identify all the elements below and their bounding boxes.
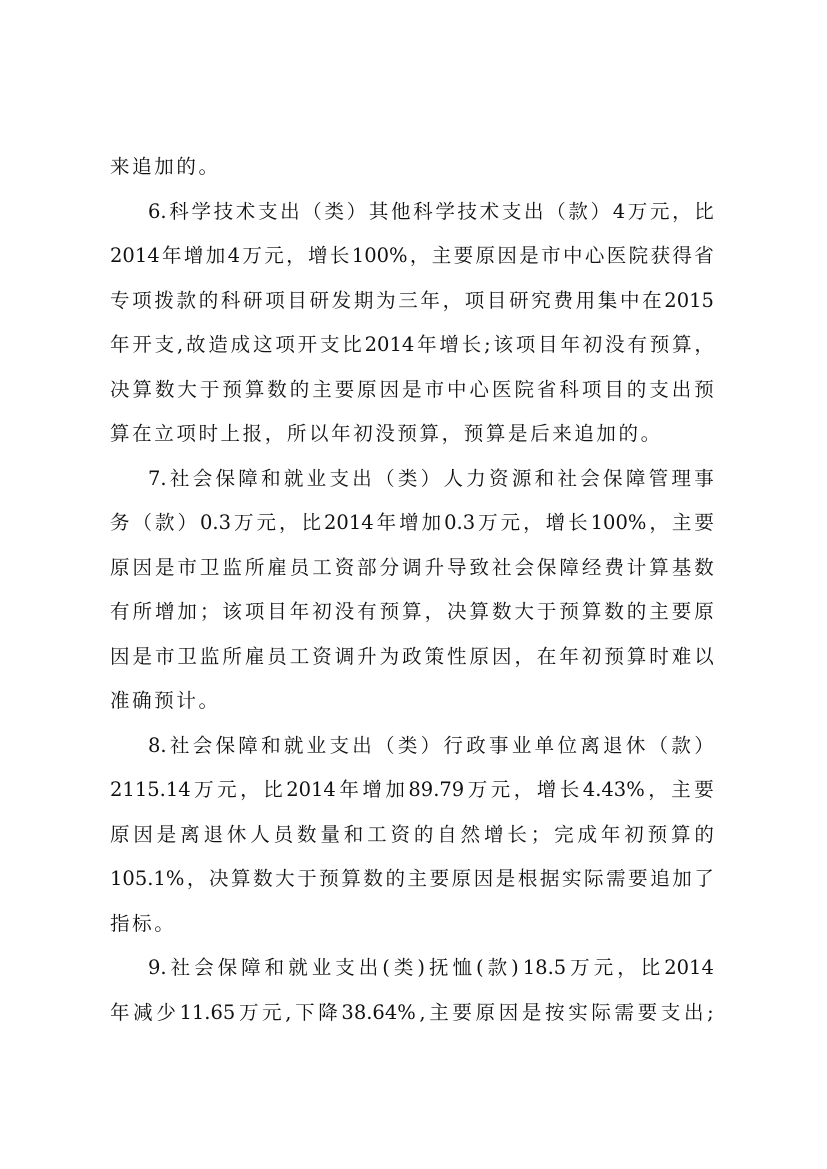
text-token: 原 [476, 234, 496, 279]
text-token: 行 [443, 724, 463, 769]
text-token: 是 [522, 991, 542, 1036]
text-token: ， [648, 768, 668, 813]
text-token: 这 [253, 323, 273, 368]
text-token: ） [694, 724, 714, 769]
text-token: 38.64% [341, 991, 415, 1036]
text-token: 100% [352, 234, 408, 279]
text-token: 了 [694, 857, 714, 902]
text-token: 2014 [110, 234, 160, 279]
text-token: 用 [576, 279, 596, 324]
text-line: 因是市卫监所雇员工资调升为政策性原因，在年初预算时难以 [110, 635, 714, 680]
text-token: 研 [243, 279, 263, 324]
text-token: 增 [184, 234, 204, 279]
text-token: 业 [312, 946, 332, 991]
text-token: 长 [560, 768, 580, 813]
text-token: 费 [553, 279, 573, 324]
text-token: 7. [148, 457, 167, 502]
text-token: 2014 [365, 323, 415, 368]
text-token: 源 [512, 457, 532, 502]
text-token: 科 [413, 190, 433, 235]
text-token: 预 [648, 813, 668, 858]
text-token: 上 [221, 412, 241, 457]
text-token: 于 [200, 368, 220, 413]
text-token: 支 [335, 946, 355, 991]
text-token: 在 [537, 635, 557, 680]
text-token: 导 [447, 546, 467, 591]
text-token: 算 [486, 412, 506, 457]
text-line: 7.社会保障和就业支出（类）人力资源和社会保障管理事 [110, 457, 714, 502]
text-token: 的 [627, 368, 647, 413]
text-token: ， [187, 857, 207, 902]
text-token: 目 [287, 279, 307, 324]
text-token: 出 [672, 368, 692, 413]
text-token: 预 [397, 412, 417, 457]
text-token: 主 [649, 590, 669, 635]
text-token: 数 [363, 857, 383, 902]
text-token: 际 [591, 991, 611, 1036]
text-token: 市 [177, 546, 197, 591]
text-token: 主 [432, 234, 452, 279]
text-token: 来 [110, 145, 130, 190]
text-token: 类 [324, 190, 344, 235]
text-token: 年 [331, 412, 351, 457]
text-token: 障 [241, 946, 261, 991]
text-token: 有 [110, 590, 130, 635]
text-token: 因 [497, 234, 517, 279]
text-token: 际 [584, 857, 604, 902]
text-token: 确 [132, 679, 152, 724]
text-token: 预 [559, 590, 579, 635]
text-token: 时 [198, 412, 218, 457]
text-token: ， [443, 279, 463, 324]
text-token: 管 [649, 457, 669, 502]
text-line: 2115.14万元，比2014年增加89.79万元，增长4.43%，主要 [110, 768, 714, 813]
text-token: 加 [154, 145, 174, 190]
text-token: 会 [194, 946, 214, 991]
text-token: 调 [335, 635, 355, 680]
text-token: 其 [369, 190, 389, 235]
text-token: 年 [560, 323, 580, 368]
text-token: 中 [620, 279, 640, 324]
text-token: 款 [568, 190, 588, 235]
text-token: 后 [530, 412, 550, 457]
text-token: 算 [402, 590, 422, 635]
text-token: 没 [605, 323, 625, 368]
text-token: 员 [290, 546, 310, 591]
text-token: 款 [155, 501, 175, 546]
text-token: 术 [236, 190, 256, 235]
text-token: 是 [496, 857, 516, 902]
text-token: 费 [604, 546, 624, 591]
text-token: 然 [461, 813, 481, 858]
text-token: 科 [221, 279, 241, 324]
text-token: 加 [206, 234, 226, 279]
text-token: ; [707, 991, 714, 1036]
text-token: 出 [352, 457, 372, 502]
text-token: 业 [512, 724, 532, 769]
text-token: 的 [627, 590, 647, 635]
text-token: 中 [563, 234, 583, 279]
text-token: 初 [624, 813, 644, 858]
text-token: ， [523, 501, 543, 546]
paragraph-8-retirement: 8.社会保障和就业支出（类）行政事业单位离退休（款） 2115.14万元，比20… [110, 724, 714, 947]
text-token: 比 [694, 190, 714, 235]
text-token: 升 [357, 635, 377, 680]
text-token: ， [442, 412, 462, 457]
text-token: 元 [650, 190, 670, 235]
text-token: 算 [231, 857, 251, 902]
text-token: 保 [215, 457, 235, 502]
text-token: 得 [672, 234, 692, 279]
text-token: 自 [437, 813, 457, 858]
text-token: 长 [330, 234, 350, 279]
text-token: 单 [535, 724, 555, 769]
text-token: 是 [402, 368, 422, 413]
text-token: 数 [253, 857, 273, 902]
paragraph-5-continuation: 来追加的。 [110, 145, 714, 190]
text-token: ） [421, 457, 441, 502]
text-token: 所 [132, 590, 152, 635]
text-token: 原 [110, 813, 130, 858]
text-token: 退 [603, 724, 623, 769]
text-token: 抚 [429, 946, 449, 991]
text-token: 因 [132, 546, 152, 591]
text-token: 保 [215, 724, 235, 769]
text-token: 支 [258, 190, 278, 235]
text-token: 要 [694, 768, 714, 813]
text-token: 医 [492, 368, 512, 413]
text-token: 的 [414, 813, 434, 858]
text-token: 项 [132, 279, 152, 324]
text-token: ） [347, 190, 367, 235]
text-token: 项 [265, 279, 285, 324]
text-token: 加 [672, 857, 692, 902]
text-token: 数 [155, 368, 175, 413]
text-token: ， [514, 635, 534, 680]
text-token: 的 [619, 412, 639, 457]
text-token: 策 [425, 635, 445, 680]
text-token: 调 [402, 546, 422, 591]
text-token: 预 [694, 368, 714, 413]
text-token: 社 [170, 724, 190, 769]
text-token: 于 [537, 590, 557, 635]
text-token: 比 [342, 323, 362, 368]
text-token: 预 [222, 368, 242, 413]
text-token: 院 [514, 368, 534, 413]
text-token: , [285, 991, 291, 1036]
text-token: 算 [671, 813, 691, 858]
text-token: 9. [148, 946, 167, 991]
text-token: 卫 [200, 546, 220, 591]
text-token: 元 [262, 991, 282, 1036]
text-token: 院 [629, 234, 649, 279]
text-token: 是 [508, 412, 528, 457]
text-token: 按 [545, 991, 565, 1036]
text-token: 所 [245, 546, 265, 591]
text-token: 雇 [245, 635, 265, 680]
text-token: , [177, 323, 183, 368]
text-token: 因 [380, 368, 400, 413]
text-token: 下 [295, 991, 315, 1036]
text-token: 要 [694, 501, 714, 546]
text-token: 学 [191, 190, 211, 235]
text-token: 发 [332, 279, 352, 324]
text-token: ， [279, 501, 299, 546]
text-token: 障 [626, 457, 646, 502]
text-token: 万 [239, 991, 259, 1036]
text-token: 的 [199, 279, 219, 324]
text-token: 是 [157, 813, 177, 858]
text-token: 来 [552, 412, 572, 457]
text-token: 加 [596, 412, 616, 457]
text-line: 准确预计。 [110, 679, 714, 724]
text-token: 105.1% [110, 857, 184, 902]
text-token: 保 [537, 546, 557, 591]
text-token: 省 [694, 234, 714, 279]
text-token: ） [591, 190, 611, 235]
text-token: （ [375, 457, 395, 502]
text-token: 部 [357, 546, 377, 591]
text-token: 政 [466, 724, 486, 769]
text-token: 增 [439, 323, 459, 368]
text-token: 保 [218, 946, 238, 991]
text-token: 年 [417, 323, 437, 368]
text-token: （ [649, 724, 669, 769]
text-token: 追 [574, 412, 594, 457]
text-token: 在 [642, 279, 662, 324]
text-token: 年 [110, 991, 130, 1036]
text-token: 预 [154, 679, 174, 724]
text-token: 市 [541, 234, 561, 279]
text-token: ， [286, 234, 306, 279]
text-token: 获 [651, 234, 671, 279]
text-token: 造 [208, 323, 228, 368]
text-token: 出 [280, 190, 300, 235]
text-token: 支 [661, 991, 681, 1036]
text-token: 原 [470, 635, 490, 680]
text-token: 要 [454, 234, 474, 279]
text-line: 决算数大于预算数的主要原因是市中心医院省科项目的支出预 [110, 368, 714, 413]
text-token: 社 [170, 457, 190, 502]
text-token: 算 [110, 412, 130, 457]
text-token: 比 [263, 768, 283, 813]
text-token: 基 [672, 546, 692, 591]
text-token: 学 [435, 190, 455, 235]
text-token: 保 [603, 457, 623, 502]
paragraph-7-hr-social-security-admin: 7.社会保障和就业支出（类）人力资源和社会保障管理事 务（款）0.3万元，比20… [110, 457, 714, 724]
text-token: 社 [492, 546, 512, 591]
text-token: 研 [509, 279, 529, 324]
text-token: 据 [540, 857, 560, 902]
text-token: 监 [222, 546, 242, 591]
text-token: ， [694, 323, 714, 368]
text-token: 万 [194, 768, 214, 813]
text-token: 要 [638, 991, 658, 1036]
text-token: 难 [672, 635, 692, 680]
text-token: 2014 [286, 768, 336, 813]
text-token: 会 [514, 546, 534, 591]
text-token: 数 [267, 368, 287, 413]
text-token: 障 [559, 546, 579, 591]
text-token: 初 [583, 323, 603, 368]
text-token: 心 [470, 368, 490, 413]
text-token: 增 [546, 501, 566, 546]
text-token: 预 [650, 323, 670, 368]
text-token: 预 [380, 590, 400, 635]
text-token: 项 [176, 412, 196, 457]
text-token: 究 [531, 279, 551, 324]
text-token: 原 [476, 991, 496, 1036]
text-token: 算 [672, 323, 692, 368]
text-token: 立 [154, 412, 174, 457]
text-line: 指标。 [110, 902, 714, 947]
text-token: ) [417, 946, 425, 991]
text-token: 为 [380, 635, 400, 680]
text-token: 技 [214, 190, 234, 235]
text-token: 大 [514, 590, 534, 635]
text-token: 的 [290, 368, 310, 413]
text-token: 指 [110, 902, 130, 947]
text-token: 决 [447, 590, 467, 635]
text-token: 工 [290, 635, 310, 680]
text-token: 医 [607, 234, 627, 279]
text-line: 8.社会保障和就业支出（类）行政事业单位离退休（款） [110, 724, 714, 769]
text-token: 市 [425, 368, 445, 413]
text-token: 增 [155, 590, 175, 635]
text-line: 6.科学技术支出（类）其他科学技术支出（款）4万元，比 [110, 190, 714, 235]
text-token: 降 [318, 991, 338, 1036]
text-line: 2014年增加4万元，增长100%，主要原因是市中心医院获得省 [110, 234, 714, 279]
text-token: 年 [110, 323, 130, 368]
text-token: 科 [169, 190, 189, 235]
text-token: ； [531, 813, 551, 858]
text-token: 出 [359, 946, 379, 991]
text-token: 需 [615, 991, 635, 1036]
text-line: 有所增加；该项目年初没有预算，决算数大于预算数的主要原 [110, 590, 714, 635]
text-token: 4 [228, 234, 240, 279]
text-token: 出 [352, 724, 372, 769]
text-token: 0.3 [200, 501, 231, 546]
text-token: 。 [154, 902, 174, 947]
text-token: 预 [464, 412, 484, 457]
text-token: 万 [234, 501, 254, 546]
text-token: 于 [297, 857, 317, 902]
text-token: 卫 [177, 635, 197, 680]
text-token: , [419, 991, 425, 1036]
text-token: 加 [177, 590, 197, 635]
paragraph-6-science-technology: 6.科学技术支出（类）其他科学技术支出（款）4万元，比 2014年增加4万元，增… [110, 190, 714, 457]
text-token: 初 [312, 590, 332, 635]
text-token: 增 [484, 813, 504, 858]
text-token: 障 [238, 457, 258, 502]
text-token: 会 [580, 457, 600, 502]
text-token: 追 [132, 145, 152, 190]
text-token: 计 [627, 546, 647, 591]
text-token: 工 [367, 813, 387, 858]
text-token: 经 [582, 546, 602, 591]
text-token: 0.3 [444, 501, 475, 546]
text-token: 比 [641, 946, 661, 991]
text-token: 减 [133, 991, 153, 1036]
text-token: ； [200, 590, 220, 635]
text-token: 标 [132, 902, 152, 947]
text-token: ， [425, 590, 445, 635]
text-token: 款 [488, 946, 508, 991]
text-token: 计 [176, 679, 196, 724]
text-token: 人 [443, 457, 463, 502]
text-token: （ [133, 501, 153, 546]
text-token: ） [178, 501, 198, 546]
text-token: 的 [694, 813, 714, 858]
text-token: 加 [422, 501, 442, 546]
text-token: 理 [671, 457, 691, 502]
text-token: 大 [177, 368, 197, 413]
text-token: 成 [231, 323, 251, 368]
paragraph-9-pension-relief: 9.社会保障和就业支出(类)抚恤(款)18.5万元，比2014 年减少11.65… [110, 946, 714, 1035]
text-token: 该 [222, 590, 242, 635]
text-token: 要 [452, 991, 472, 1036]
text-token: 和 [261, 724, 281, 769]
text-token: 预 [604, 635, 624, 680]
text-token: 算 [627, 635, 647, 680]
text-token: 元 [501, 501, 521, 546]
text-token: 追 [650, 857, 670, 902]
text-token: 社 [557, 457, 577, 502]
text-token: 决 [110, 368, 130, 413]
text-token: 要 [430, 857, 450, 902]
text-token: 万 [478, 501, 498, 546]
text-token: 没 [335, 590, 355, 635]
text-line: 年减少11.65万元,下降38.64%,主要原因是按实际需要支出; [110, 991, 714, 1036]
text-token: 出 [684, 991, 704, 1036]
text-token: 目 [604, 368, 624, 413]
text-token: 原 [357, 368, 377, 413]
text-token: 力 [466, 457, 486, 502]
text-token: 社 [171, 946, 191, 991]
text-token: 原 [452, 857, 472, 902]
text-line: 105.1%，决算数大于预算数的主要原因是根据实际需要追加了 [110, 857, 714, 902]
text-token: 障 [238, 724, 258, 769]
text-token: 算 [341, 857, 361, 902]
text-token: 。 [198, 679, 218, 724]
text-token: 在 [132, 412, 152, 457]
text-token: 雇 [267, 546, 287, 591]
text-token: 。 [198, 145, 218, 190]
text-token: 员 [267, 635, 287, 680]
text-token: 算 [245, 368, 265, 413]
text-token: ) [511, 946, 519, 991]
text-token: 和 [265, 946, 285, 991]
text-token: 项 [582, 368, 602, 413]
text-token: 年 [339, 768, 359, 813]
text-token: ， [617, 946, 637, 991]
text-token: 2014 [324, 501, 374, 546]
text-token: 18.5 [523, 946, 566, 991]
text-token: 初 [582, 635, 602, 680]
document-page: 来追加的。 6.科学技术支出（类）其他科学技术支出（款）4万元，比 2014年增… [110, 145, 714, 1035]
text-token: 三 [398, 279, 418, 324]
text-token: 的 [385, 857, 405, 902]
text-token: 因 [499, 991, 519, 1036]
text-token: ， [672, 190, 692, 235]
text-token: 项 [275, 323, 295, 368]
text-token: 性 [447, 635, 467, 680]
text-token: 是 [155, 546, 175, 591]
text-token: 故 [186, 323, 206, 368]
text-token: 事 [694, 457, 714, 502]
text-token: ） [421, 724, 441, 769]
text-token: 年 [162, 234, 182, 279]
